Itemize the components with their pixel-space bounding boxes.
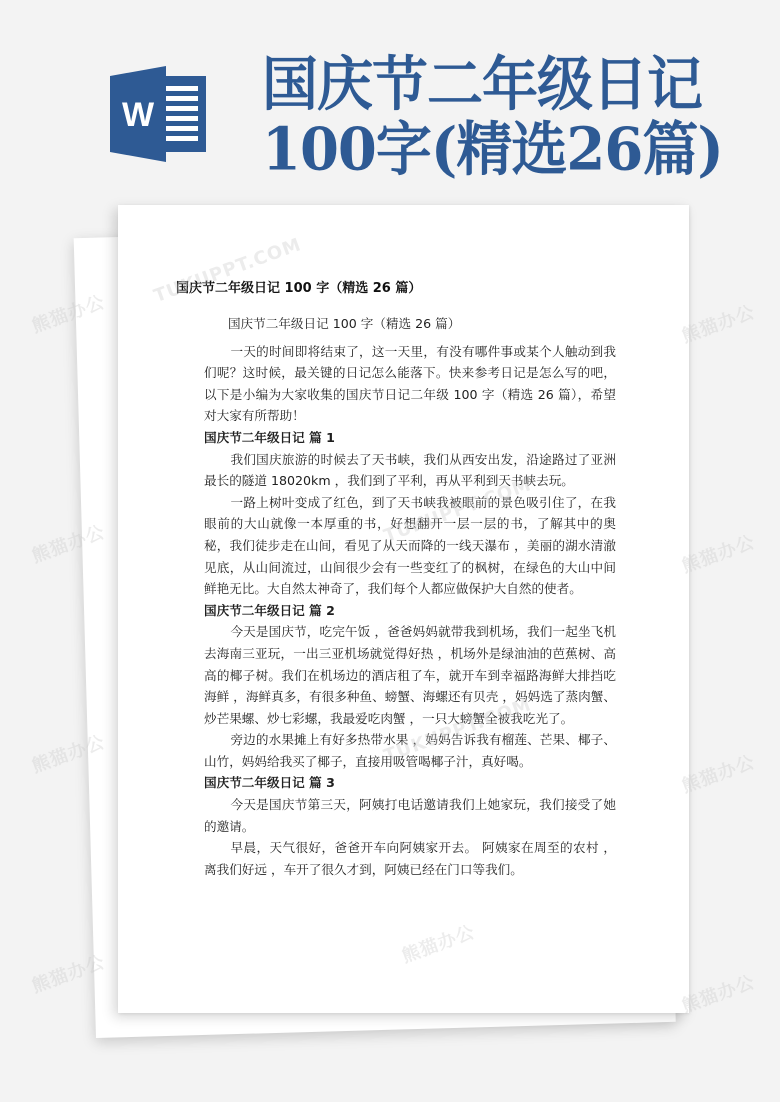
document-body: 国庆节二年级日记 100 字（精选 26 篇） 一天的时间即将结束了，这一天里，… (204, 313, 616, 880)
paragraph: 早晨，天气很好，爸爸开车向阿姨家开去。 阿姨家在周至的农村 ，离我们好远 ，车开… (204, 837, 616, 880)
intro-paragraph: 一天的时间即将结束了，这一天里，有没有哪件事或某个人触动到我们呢？这时候，最关键… (204, 341, 616, 427)
paragraph: 今天是国庆节，吃完午饭 ，爸爸妈妈就带我到机场，我们一起坐飞机去海南三亚玩，一出… (204, 621, 616, 729)
document-title: 国庆节二年级日记 100 字（精选 26 篇） (176, 277, 576, 296)
watermark: 熊猫办公 (678, 528, 758, 578)
svg-text:W: W (122, 96, 155, 134)
hero-title-line1: 国庆节二年级日记 (262, 52, 762, 117)
document-page: 国庆节二年级日记 100 字（精选 26 篇） 国庆节二年级日记 100 字（精… (118, 205, 689, 1013)
section-heading: 国庆节二年级日记 篇 1 (204, 427, 616, 449)
hero-title: 国庆节二年级日记 100字(精选26篇) (262, 52, 762, 182)
word-document-icon: W (108, 66, 208, 162)
hero-title-line2: 100字(精选26篇) (262, 117, 762, 182)
watermark: 熊猫办公 (678, 298, 758, 348)
document-subtitle: 国庆节二年级日记 100 字（精选 26 篇） (204, 313, 616, 335)
paragraph: 今天是国庆节第三天，阿姨打电话邀请我们上她家玩，我们接受了她的邀请。 (204, 794, 616, 837)
paragraph: 我们国庆旅游的时候去了天书峡，我们从西安出发，沿途路过了亚洲最长的隧道 1802… (204, 449, 616, 492)
watermark: 熊猫办公 (678, 748, 758, 798)
section-heading: 国庆节二年级日记 篇 2 (204, 600, 616, 622)
watermark: 熊猫办公 (678, 968, 758, 1018)
paragraph: 一路上树叶变成了红色，到了天书峡我被眼前的景色吸引住了，在我眼前的大山就像一本厚… (204, 492, 616, 600)
section-heading: 国庆节二年级日记 篇 3 (204, 772, 616, 794)
paragraph: 旁边的水果摊上有好多热带水果 ，妈妈告诉我有榴莲、芒果、椰子、 山竹，妈妈给我买… (204, 729, 616, 772)
